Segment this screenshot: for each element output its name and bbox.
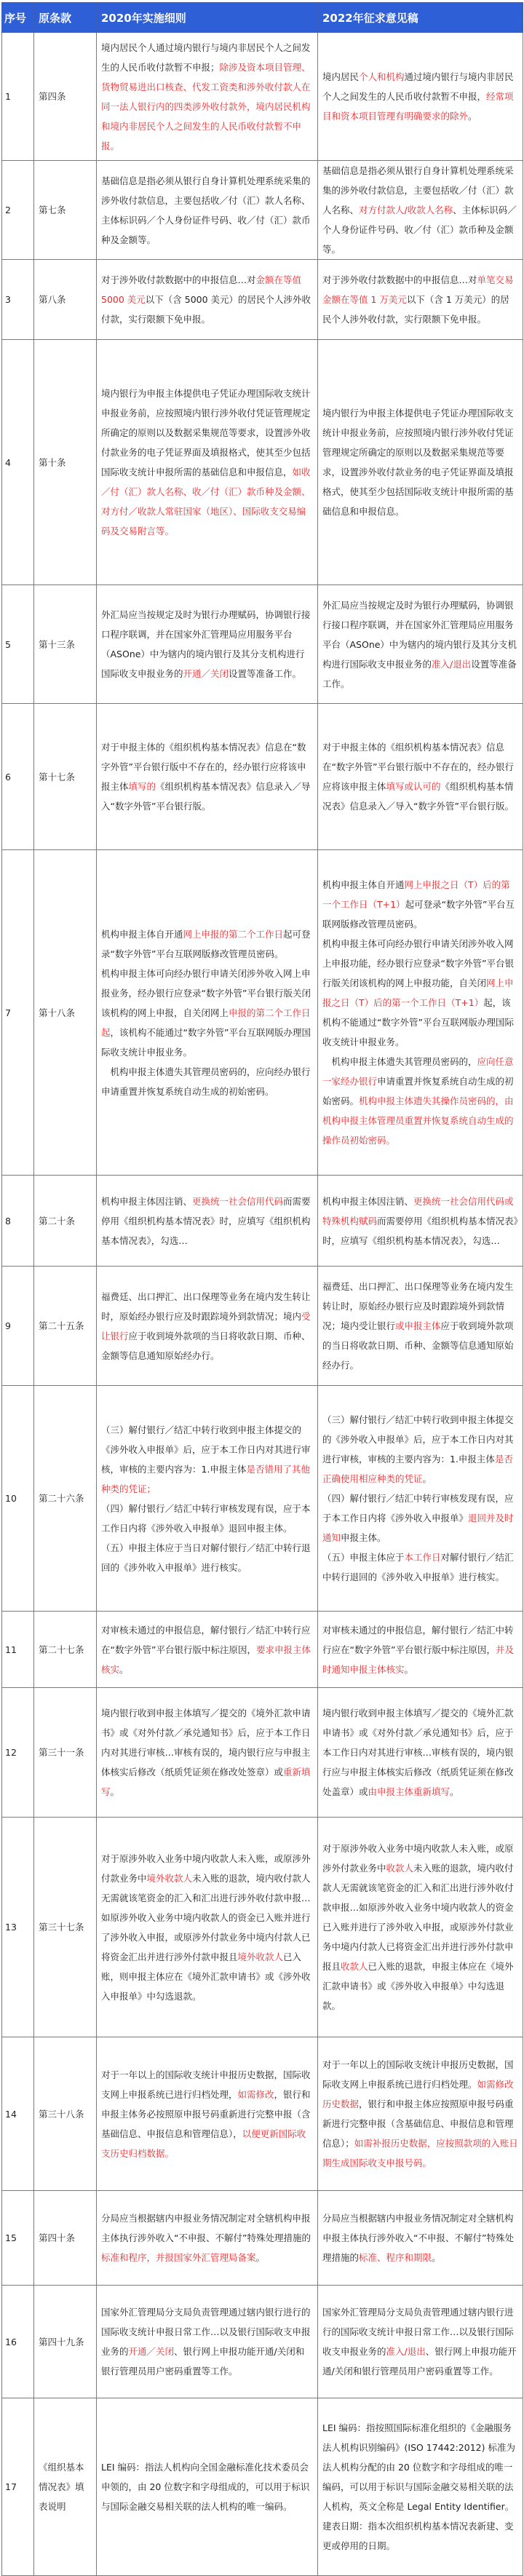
highlighted-change: 对方付款人/收款人名称 — [359, 205, 453, 215]
paragraph: （三）解付银行／结汇中转行收到申报主体提交的《涉外收入申报单》后，应于本工作日内… — [101, 1420, 313, 1499]
text-2020: 分局应当根据辖内申报业务情况制定对全辖机构申报主体执行涉外收入“不申报、不解付”… — [97, 2191, 318, 2286]
highlighted-change: 境外收款人 — [147, 1873, 193, 1884]
text-segment: 对于涉外收付款数据中的申报信息…对 — [101, 274, 256, 285]
paragraph: 对于原涉外收入业务中境内收款人未入账，或原涉外付款业务中收款人未入账的退款，境内… — [322, 1839, 518, 2016]
text-segment: 。 — [256, 2252, 266, 2263]
text-2020: 福费廷、出口押汇、出口保理等业务在境内发生转让时，原始经办银行应及时跟踪境外到款… — [97, 1267, 318, 1386]
text-segment: 对审核未通过的申报信息，解付银行／结汇中转行应在“数字外管”平台银行版中标注原因… — [322, 1625, 514, 1655]
table-row: 8第二十条机构申报主体因注销、更换统一社会信用代码而需要停用《组织机构基本情况表… — [2, 1176, 523, 1267]
article-name: 第十八条 — [34, 850, 97, 1176]
text-segment: 。 — [468, 111, 477, 122]
text-segment: （五）申报主体应于当日对解付银行／结汇中转行退回的《涉外收入申报单》进行核实。 — [101, 1542, 311, 1573]
paragraph: 境内银行为申报主体提供电子凭证办理国际收支统计申报业务前，应按照境内银行涉外收付… — [101, 384, 313, 541]
text-segment: 应于收到境外款项的当日将收款日期、币种、金额等信息通知原始经办行。 — [101, 1331, 311, 1361]
header-2020: 2020年实施细则 — [97, 3, 318, 33]
row-number: 1 — [2, 33, 34, 161]
text-segment: 境内银行为申报主体提供电子凭证办理国际收支统计申报业务前，应按照境内银行涉外收付… — [322, 408, 514, 517]
header-2022: 2022年征求意见稿 — [318, 3, 523, 33]
paragraph: 机构申报主体可向经办银行申请关闭涉外收入网上申报功能，经办银行应登录“数字外管”… — [322, 934, 518, 1052]
paragraph: （四）解付银行／结汇中转行审核发现有误，应于本工作日内将《涉外收入申报单》退回并… — [322, 1489, 518, 1547]
table-row: 13第三十七条对于原涉外收入业务中境内收款人未入账，或原涉外付款业务中境外收款人… — [2, 1818, 523, 2037]
highlighted-change: 收款人 — [386, 1863, 414, 1874]
text-segment: 境内银行收到申报主体填写／提交的《境外汇款申请书》或《对外付款／承兑通知书》后，… — [322, 1708, 514, 1797]
highlighted-change: 或申报主体 — [395, 1320, 441, 1331]
text-2020: 基础信息是指必须从银行自身计算机处理系统采集的涉外收付款信息，主要包括收／付（汇… — [97, 161, 318, 260]
text-segment: 。 — [423, 1473, 432, 1484]
article-name: 第四十九条 — [34, 2286, 97, 2398]
table-row: 1第四条境内居民个人通过境内银行与境内非居民个人之间发生的人民币收付款暂不申报；… — [2, 33, 523, 161]
paragraph: （五）申报主体应于本工作日对解付银行／结汇中转行退回的《涉外收入申报单》进行核实… — [322, 1547, 518, 1587]
highlighted-change: 更换统一社会信用代码 — [192, 1196, 283, 1207]
text-2020: 对于一年以上的国际收支统计申报历史数据，国际收支网上申报系统已进行归档处理，如需… — [97, 2037, 318, 2191]
paragraph: 对于涉外收付款数据中的申报信息…对单笔交易金额在等值 1 万美元以下（含 1 万… — [322, 270, 518, 329]
article-name: 第二十五条 — [34, 1267, 97, 1386]
article-name: 第十七条 — [34, 704, 97, 850]
paragraph: 机构申报主体自开通网上申报之日（T）后的第一个工作日（T+1）起可登录“数字外管… — [322, 875, 518, 934]
text-segment: LEI 编码：指法人机构向全国金融标准化技术委员会申领的，由 20 位数字和字母… — [101, 2462, 309, 2512]
paragraph: （三）解付银行／结汇中转行收到申报主体提交的《涉外收入申报单》后，应于本工作日内… — [322, 1410, 518, 1489]
highlighted-change: 标准、程序和期限 — [359, 2252, 432, 2263]
text-2022: 对于原涉外收入业务中境内收款人未入账，或原涉外付款业务中收款人未入账的退款，境内… — [318, 1818, 523, 2037]
text-2020: 境内居民个人通过境内银行与境内非居民个人之间发生的人民币收付款暂不申报；除涉及资… — [97, 33, 318, 161]
text-segment: 机构申报主体因注销、 — [322, 1196, 413, 1207]
text-2020: 对于原涉外收入业务中境内收款人未入账，或原涉外付款业务中境外收款人未入账的退款，… — [97, 1818, 318, 2037]
row-number: 16 — [2, 2286, 34, 2398]
paragraph: 外汇局应当按规定及时为银行办理赋码，协调银行接口程序联调，并在国家外汇管理局应用… — [322, 595, 518, 694]
text-2022: 境内银行为申报主体提供电子凭证办理国际收支统计申报业务前，应按照境内银行涉外收付… — [318, 340, 523, 585]
text-segment: 设置等准备工作。 — [229, 668, 301, 679]
text-segment: 未入账的退款，境内收付款人无需就该笔资金的汇入和汇出进行涉外收付款申报…如原涉外… — [101, 1873, 311, 1962]
text-2020: LEI 编码：指法人机构向全国金融标准化技术委员会申领的，由 20 位数字和字母… — [97, 2398, 318, 2576]
paragraph: 福费廷、出口押汇、出口保理等业务在境内发生转让时，原始经办银行应及时跟踪境外到款… — [101, 1287, 313, 1366]
table-row: 6第十七条对于申报主体的《组织机构基本情况表》信息在“数字外管”平台银行版中不存… — [2, 704, 523, 850]
table-row: 15第四十条分局应当根据辖内申报业务情况制定对全辖机构申报主体执行涉外收入“不申… — [2, 2191, 523, 2286]
row-number: 7 — [2, 850, 34, 1176]
text-segment: 分局应当根据辖内申报业务情况制定对全辖机构申报主体执行涉外收入“不申报、不解付”… — [101, 2213, 311, 2243]
header-article: 原条款 — [34, 3, 97, 33]
table-row: 5第十三条外汇局应当按规定及时为银行办理赋码，协调银行接口程序联调，并在国家外汇… — [2, 585, 523, 704]
table-row: 10第二十六条（三）解付银行／结汇中转行收到申报主体提交的《涉外收入申报单》后，… — [2, 1386, 523, 1612]
paragraph: 对审核未通过的申报信息，解付银行／结汇中转行应在“数字外管”平台银行版中标注原因… — [322, 1620, 518, 1679]
text-2022: 国家外汇管理局分支局负责管理通过辖内银行进行的国际收支统计申报日常工作…以及银行… — [318, 2286, 523, 2398]
paragraph: 建表日期：指本次组织机构基本情况表新建、变更或停用的日期。 — [322, 2516, 518, 2556]
text-2020: 境内银行收到申报主体填写／提交的《境外汇款申请书》或《对外付款／承兑通知书》后，… — [97, 1688, 318, 1818]
text-segment: 。 — [111, 1786, 120, 1797]
highlighted-change: 开通／关闭 — [129, 2346, 175, 2357]
text-segment: 境内银行收到申报主体填写／提交的《境外汇款申请书》或《对外付款／承兑通知书》后，… — [101, 1708, 311, 1778]
text-segment: 未入账的退款，境内收付款人无需就该笔资金的汇入和汇出进行涉外收付款申报…如原涉外… — [322, 1863, 514, 1972]
article-name: 第二十六条 — [34, 1386, 97, 1612]
paragraph: 境内居民个人通过境内银行与境内非居民个人之间发生的人民币收付款暂不申报；除涉及资… — [101, 38, 313, 156]
text-segment: （五）申报主体应于 — [322, 1552, 405, 1563]
text-segment: 对于涉外收付款数据中的申报信息…对 — [322, 274, 477, 285]
row-number: 12 — [2, 1688, 34, 1818]
text-segment: 境内居民 — [322, 71, 359, 82]
row-number: 3 — [2, 260, 34, 340]
text-2020: （三）解付银行／结汇中转行收到申报主体提交的《涉外收入申报单》后，应于本工作日内… — [97, 1386, 318, 1612]
paragraph: 对于申报主体的《组织机构基本情况表》信息在“数字外管”平台银行版中不存在的，经办… — [101, 737, 313, 816]
text-segment: ，该机构不能通过“数字外管”平台互联网版办理国际收支统计申报业务。 — [101, 1027, 311, 1058]
row-number: 11 — [2, 1612, 34, 1688]
paragraph: 机构申报主体遗失其管理员密码的，应向经办银行申请重置并恢复系统自动生成的初始密码… — [101, 1062, 313, 1101]
highlighted-change: 准入/退出 — [386, 2346, 426, 2357]
text-segment: 申报主体。 — [341, 1532, 386, 1543]
paragraph: 对于原涉外收入业务中境内收款人未入账，或原涉外付款业务中境外收款人未入账的退款，… — [101, 1849, 313, 2006]
paragraph: 基础信息是指必须从银行自身计算机处理系统采集的涉外收付款信息，主要包括收／付（汇… — [322, 161, 518, 259]
text-segment: 境内银行为申报主体提供电子凭证办理国际收支统计申报业务前，应按照境内银行涉外收付… — [101, 388, 311, 477]
paragraph: 对审核未通过的申报信息，解付银行／结汇中转行应在“数字外管”平台银行版中标注原因… — [101, 1620, 313, 1679]
row-number: 14 — [2, 2037, 34, 2191]
highlighted-change: 网上申报的第二个工作日 — [183, 929, 284, 940]
text-2020: 机构申报主体因注销、更换统一社会信用代码而需要停用《组织机构基本情况表》时，应填… — [97, 1176, 318, 1267]
paragraph: 境内银行收到申报主体填写／提交的《境外汇款申请书》或《对外付款／承兑通知书》后，… — [322, 1703, 518, 1802]
table-row: 7第十八条机构申报主体自开通网上申报的第二个工作日起可登录“数字外管”平台互联网… — [2, 850, 523, 1176]
article-name: 第二十条 — [34, 1176, 97, 1267]
text-segment: 机构申报主体自开通 — [101, 929, 183, 940]
text-2020: 境内银行为申报主体提供电子凭证办理国际收支统计申报业务前，应按照境内银行涉外收付… — [97, 340, 318, 585]
article-name: 第三十一条 — [34, 1688, 97, 1818]
text-2020: 国家外汇管理局分支局负责管理通过辖内银行进行的国际收支统计申报日常工作…以及银行… — [97, 2286, 318, 2398]
paragraph: 机构申报主体自开通网上申报的第二个工作日起可登录“数字外管”平台互联网版修改管理… — [101, 924, 313, 964]
row-number: 17 — [2, 2398, 34, 2576]
text-2022: 对于一年以上的国际收支统计申报历史数据，国际收支网上申报系统已进行归档处理。如需… — [318, 2037, 523, 2191]
text-segment: LEI 编码：指按照国际标准化组织的《金融服务法人机构识别编码》(ISO 174… — [322, 2422, 515, 2512]
row-number: 10 — [2, 1386, 34, 1612]
text-segment: 机构申报主体可向经办银行申请关闭涉外收入网上申报功能，经办银行应登录“数字外管”… — [322, 938, 514, 988]
highlighted-change: 收款人 — [341, 1961, 368, 1972]
text-2022: 基础信息是指必须从银行自身计算机处理系统采集的涉外收付款信息，主要包括收／付（汇… — [318, 161, 523, 260]
text-segment: 。 — [405, 1664, 414, 1675]
paragraph: 分局应当根据辖内申报业务情况制定对全辖机构申报主体执行涉外收入“不申报、不解付”… — [101, 2208, 313, 2267]
text-segment: 福费廷、出口押汇、出口保理等业务在境内发生转让时，原始经办银行应及时跟踪境外到款… — [101, 1291, 311, 1322]
text-2022: （三）解付银行／结汇中转行收到申报主体提交的《涉外收入申报单》后，应于本工作日内… — [318, 1386, 523, 1612]
text-2022: 机构申报主体自开通网上申报之日（T）后的第一个工作日（T+1）起可登录“数字外管… — [318, 850, 523, 1176]
article-name: 《组织基本情况表》填表说明 — [34, 2398, 97, 2576]
article-name: 第四十条 — [34, 2191, 97, 2286]
paragraph: 机构申报主体可向经办银行申请关闭涉外收入网上申报业务，经办银行应登录“数字外管”… — [101, 964, 313, 1062]
text-segment: 建表日期：指本次组织机构基本情况表新建、变更或停用的日期。 — [322, 2521, 514, 2551]
row-number: 2 — [2, 161, 34, 260]
table-row: 16第四十九条国家外汇管理局分支局负责管理通过辖内银行进行的国际收支统计申报日常… — [2, 2286, 523, 2398]
article-name: 第七条 — [34, 161, 97, 260]
text-2022: LEI 编码：指按照国际标准化组织的《金融服务法人机构识别编码》(ISO 174… — [318, 2398, 523, 2576]
highlighted-change: 本工作日 — [405, 1552, 441, 1563]
text-segment: 。 — [450, 1786, 459, 1797]
text-segment: 机构申报主体遗失其管理员密码的， — [322, 1056, 477, 1067]
article-name: 第八条 — [34, 260, 97, 340]
text-2022: 外汇局应当按规定及时为银行办理赋码，协调银行接口程序联调，并在国家外汇管理局应用… — [318, 585, 523, 704]
highlighted-change: 除涉及资本项目管理、货物贸易进出口核查、代发工资类和涉外收付款人在同一法人银行内… — [101, 62, 311, 151]
paragraph: （四）解付银行／结汇中转行审核发现有误，应于本工作日内将《涉外收入申报单》退回申… — [101, 1499, 313, 1538]
table-row: 17《组织基本情况表》填表说明LEI 编码：指法人机构向全国金融标准化技术委员会… — [2, 2398, 523, 2576]
text-2022: 福费廷、出口押汇、出口保理等业务在境内发生转让时，原始经办银行应及时跟踪境外到款… — [318, 1267, 523, 1386]
paragraph: 对于申报主体的《组织机构基本情况表》信息在“数字外管”平台银行版中不存在的，经办… — [322, 737, 518, 816]
table-row: 3第八条对于涉外收付款数据中的申报信息…对金额在等值 5000 美元以下（含 5… — [2, 260, 523, 340]
header-no: 序号 — [2, 3, 34, 33]
highlighted-change: 标准和程序，并报国家外汇管理局备案 — [101, 2252, 256, 2263]
text-2022: 境内居民个人和机构通过境内银行与境内非居民个人之间发生的人民币收付款暂不申报，经… — [318, 33, 523, 161]
highlighted-change: 填写或认可的 — [386, 781, 441, 792]
paragraph: 机构申报主体遗失其管理员密码的，应向任意一家经办银行申请重置并恢复系统自动生成的… — [322, 1052, 518, 1150]
text-segment: 机构申报主体自开通 — [322, 879, 405, 890]
table-row: 12第三十一条境内银行收到申报主体填写／提交的《境外汇款申请书》或《对外付款／承… — [2, 1688, 523, 1818]
row-number: 8 — [2, 1176, 34, 1267]
article-name: 第二十七条 — [34, 1612, 97, 1688]
row-number: 9 — [2, 1267, 34, 1386]
text-2022: 对于涉外收付款数据中的申报信息…对单笔交易金额在等值 1 万美元以下（含 1 万… — [318, 260, 523, 340]
table-row: 2第七条基础信息是指必须从银行自身计算机处理系统采集的涉外收付款信息，主要包括收… — [2, 161, 523, 260]
row-number: 5 — [2, 585, 34, 704]
text-segment: （四）解付银行／结汇中转行审核发现有误，应于本工作日内将《涉外收入申报单》退回申… — [101, 1503, 311, 1534]
paragraph: 对于一年以上的国际收支统计申报历史数据，国际收支网上申报系统已进行归档处理，如需… — [101, 2065, 313, 2163]
table-body: 1第四条境内居民个人通过境内银行与境内非居民个人之间发生的人民币收付款暂不申报；… — [2, 33, 523, 2576]
paragraph: 分局应当根据辖内申报业务情况制定对全辖机构申报主体执行涉外收入“不申报、不解付”… — [322, 2208, 518, 2267]
article-name: 第十条 — [34, 340, 97, 585]
highlighted-change: 境外收款人 — [238, 1951, 284, 1962]
paragraph: LEI 编码：指法人机构向全国金融标准化技术委员会申领的，由 20 位数字和字母… — [101, 2457, 313, 2516]
highlighted-change: 准入/退出 — [432, 659, 471, 670]
comparison-table: 序号 原条款 2020年实施细则 2022年征求意见稿 1第四条境内居民个人通过… — [1, 2, 523, 2576]
highlighted-change: 个人和机构 — [359, 71, 405, 82]
text-2020: 机构申报主体自开通网上申报的第二个工作日起可登录“数字外管”平台互联网版修改管理… — [97, 850, 318, 1176]
article-name: 第四条 — [34, 33, 97, 161]
text-2022: 对审核未通过的申报信息，解付银行／结汇中转行应在“数字外管”平台银行版中标注原因… — [318, 1612, 523, 1688]
paragraph: 境内银行为申报主体提供电子凭证办理国际收支统计申报业务前，应按照境内银行涉外收付… — [322, 403, 518, 521]
table-row: 4第十条境内银行为申报主体提供电子凭证办理国际收支统计申报业务前，应按照境内银行… — [2, 340, 523, 585]
highlighted-change: 由申报主体重新填写 — [368, 1786, 450, 1797]
paragraph: 外汇局应当按规定及时为银行办理赋码，协调银行接口程序联调，并在国家外汇管理局应用… — [101, 605, 313, 683]
paragraph: 机构申报主体因注销、更换统一社会信用代码而需要停用《组织机构基本情况表》时，应填… — [101, 1192, 313, 1251]
text-segment: 机构申报主体遗失其管理员密码的，应向经办银行申请重置并恢复系统自动生成的初始密码… — [101, 1066, 311, 1097]
text-2020: 对于涉外收付款数据中的申报信息…对金额在等值 5000 美元以下（含 5000 … — [97, 260, 318, 340]
table-row: 14第三十八条对于一年以上的国际收支统计申报历史数据，国际收支网上申报系统已进行… — [2, 2037, 523, 2191]
text-2022: 对于申报主体的《组织机构基本情况表》信息在“数字外管”平台银行版中不存在的，经办… — [318, 704, 523, 850]
paragraph: 国家外汇管理局分支局负责管理通过辖内银行进行的国际收支统计申报日常工作…以及银行… — [101, 2302, 313, 2381]
text-2022: 机构申报主体因注销、更换统一社会信用代码或特殊机构赋码而需要停用《组织机构基本情… — [318, 1176, 523, 1267]
paragraph: （五）申报主体应于当日对解付银行／结汇中转行退回的《涉外收入申报单》进行核实。 — [101, 1538, 313, 1577]
text-2020: 外汇局应当按规定及时为银行办理赋码，协调银行接口程序联调，并在国家外汇管理局应用… — [97, 585, 318, 704]
row-number: 13 — [2, 1818, 34, 2037]
text-2022: 分局应当根据辖内申报业务情况制定对全辖机构申报主体执行涉外收入“不申报、不解付”… — [318, 2191, 523, 2286]
paragraph: 境内银行收到申报主体填写／提交的《境外汇款申请书》或《对外付款／承兑通知书》后，… — [101, 1703, 313, 1802]
table-row: 11第二十七条对审核未通过的申报信息，解付银行／结汇中转行应在“数字外管”平台银… — [2, 1612, 523, 1688]
row-number: 15 — [2, 2191, 34, 2286]
highlighted-change: 填写的 — [129, 781, 156, 792]
paragraph: 国家外汇管理局分支局负责管理通过辖内银行进行的国际收支统计申报日常工作…以及银行… — [322, 2302, 518, 2381]
text-segment: 机构申报主体因注销、 — [101, 1196, 192, 1207]
text-segment: 。 — [119, 1664, 129, 1675]
paragraph: 机构申报主体因注销、更换统一社会信用代码或特殊机构赋码而需要停用《组织机构基本情… — [322, 1192, 518, 1251]
text-segment: 基础信息是指必须从银行自身计算机处理系统采集的涉外收付款信息，主要包括收／付（汇… — [101, 175, 311, 245]
table-header: 序号 原条款 2020年实施细则 2022年征求意见稿 — [2, 3, 523, 33]
paragraph: LEI 编码：指按照国际标准化组织的《金融服务法人机构识别编码》(ISO 174… — [322, 2418, 518, 2516]
highlighted-change: 如需修改 — [238, 2089, 274, 2100]
table-row: 9第二十五条福费廷、出口押汇、出口保理等业务在境内发生转让时，原始经办银行应及时… — [2, 1267, 523, 1386]
paragraph: 基础信息是指必须从银行自身计算机处理系统采集的涉外收付款信息，主要包括收／付（汇… — [101, 171, 313, 250]
paragraph: 福费廷、出口押汇、出口保理等业务在境内发生转让时，原始经办银行应及时跟踪境外到款… — [322, 1277, 518, 1375]
text-segment: （三）解付银行／结汇中转行收到申报主体提交的《涉外收入申报单》后，应于本工作日内… — [322, 1414, 514, 1465]
text-2020: 对审核未通过的申报信息，解付银行／结汇中转行应在“数字外管”平台银行版中标注原因… — [97, 1612, 318, 1688]
paragraph: 境内居民个人和机构通过境内银行与境内非居民个人之间发生的人民币收付款暂不申报，经… — [322, 67, 518, 126]
text-2020: 对于申报主体的《组织机构基本情况表》信息在“数字外管”平台银行版中不存在的，经办… — [97, 704, 318, 850]
paragraph: 对于一年以上的国际收支统计申报历史数据，国际收支网上申报系统已进行归档处理。如需… — [322, 2055, 518, 2173]
article-name: 第三十七条 — [34, 1818, 97, 2037]
row-number: 4 — [2, 340, 34, 585]
text-segment: 。 — [432, 2252, 441, 2263]
article-name: 第三十八条 — [34, 2037, 97, 2191]
row-number: 6 — [2, 704, 34, 850]
highlighted-change: 开通／关闭 — [183, 668, 229, 679]
article-name: 第十三条 — [34, 585, 97, 704]
paragraph: 对于涉外收付款数据中的申报信息…对金额在等值 5000 美元以下（含 5000 … — [101, 270, 313, 329]
text-2022: 境内银行收到申报主体填写／提交的《境外汇款申请书》或《对外付款／承兑通知书》后，… — [318, 1688, 523, 1818]
